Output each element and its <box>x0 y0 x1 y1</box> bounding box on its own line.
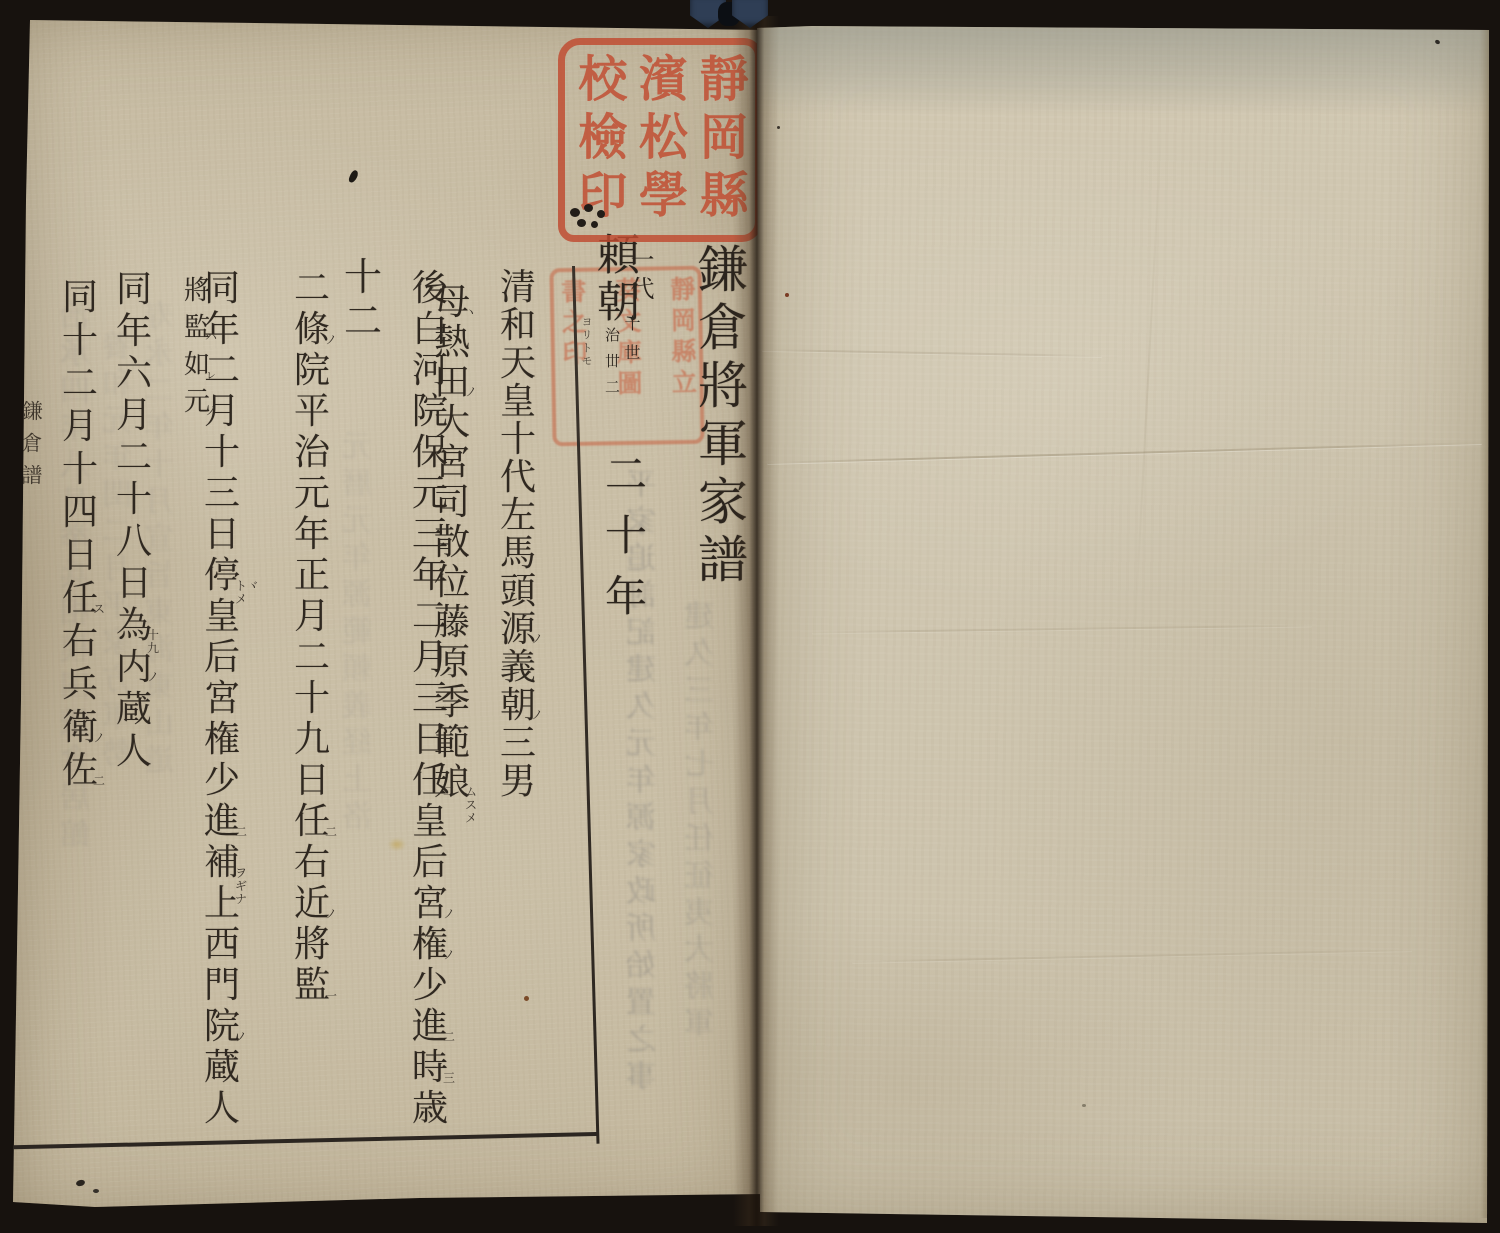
ink-dot <box>584 204 593 212</box>
text-column: 將監如元ハㇾノ <box>184 272 210 420</box>
paper-crease <box>812 625 1312 634</box>
text-column: 同十二月十四日任右兵衛佐スノ二 <box>62 276 98 792</box>
kunten-mark: ノ <box>235 1031 249 1044</box>
kunten-mark: 十九 <box>147 629 161 655</box>
ink-dot <box>570 208 580 217</box>
kunten-mark: ス <box>93 603 107 616</box>
yellow-stain <box>388 838 406 851</box>
kunten-mark: ノ <box>147 671 161 684</box>
kunten-mark: ノ <box>443 949 457 962</box>
kunten-mark: ヽ <box>465 306 479 319</box>
kunten-mark: ノ <box>325 334 339 347</box>
kunten-mark: トヾメ <box>235 580 249 606</box>
kunten-mark: 二 <box>235 826 249 839</box>
ink-speck <box>93 1189 99 1193</box>
paper-crease <box>767 442 1482 464</box>
text-column: 十二 <box>344 256 382 344</box>
bleedthrough-text: 元暦元年源範頼義経上洛 <box>346 430 376 837</box>
paper-crease <box>1133 120 1162 639</box>
reign-duration: 二十年 <box>601 452 643 635</box>
interlinear-note-left: 治丗二 <box>603 327 618 405</box>
book-scan: 平家追討記建久元年源家政所始置之事建久三年七月任征夷大將軍治承四年八月挙兵相模国… <box>0 0 1500 1233</box>
ink-dot <box>591 221 598 228</box>
paper-crease <box>762 349 1102 357</box>
kunten-mark: 三 <box>443 1072 457 1085</box>
page-edge-shading <box>1480 28 1490 1218</box>
ink-dot <box>577 219 586 227</box>
text-column: 後白河院保元三年二月三日任皇后宮権少進時歳二ノノ二三 <box>412 268 448 1129</box>
clamp-tab-icon <box>732 0 768 28</box>
kunten-mark: ノ <box>465 386 479 399</box>
right-page <box>752 0 1500 1233</box>
kunten-mark: ノ <box>443 908 457 921</box>
ink-speck <box>348 169 360 184</box>
binding-clamp <box>690 0 768 32</box>
kunten-mark: ノ <box>531 633 545 646</box>
kunten-mark: ヲギナ <box>235 867 249 906</box>
text-column: 同年六月二十八日為内蔵人十九ノ <box>116 268 152 772</box>
kunten-mark: ハ <box>205 331 219 344</box>
stain-speck <box>524 996 529 1001</box>
left-page: 平家追討記建久元年源家政所始置之事建久三年七月任征夷大將軍治承四年八月挙兵相模国… <box>0 0 766 1233</box>
kunten-mark: 二 <box>443 1031 457 1044</box>
name-reading: ヨリトモ <box>580 316 591 368</box>
stain-speck <box>1082 1104 1086 1107</box>
paper-discoloration-band <box>752 26 1500 114</box>
ink-speck <box>75 1179 85 1187</box>
paper-crease <box>852 949 1412 963</box>
kunten-mark: 一 <box>325 990 339 1003</box>
ink-dot <box>597 210 605 218</box>
kunten-mark: 二 <box>443 785 457 798</box>
kunten-mark: ノ <box>325 908 339 921</box>
kunten-mark: ノ <box>531 709 545 722</box>
kunten-mark: ノ <box>93 732 107 745</box>
text-column: 清和天皇十代左馬頭源義朝三男ノノ <box>500 268 536 800</box>
kunten-mark: ムスメ <box>465 786 479 825</box>
bleedthrough-text: 建久三年七月任征夷大將軍 <box>688 600 718 1044</box>
seal-text-column: 濱松學 <box>635 53 684 227</box>
seal-text-column: 校檢印 <box>575 53 624 227</box>
book-gutter-shadow <box>733 16 779 1226</box>
bottom-frame-rule <box>8 1132 598 1149</box>
kunten-mark: 二 <box>325 826 339 839</box>
kunten-mark: ノ <box>205 405 219 418</box>
text-column: 二條院平治元年正月二十九日任右近將監ノ二ノ一 <box>294 268 330 1006</box>
stain-speck <box>785 293 789 297</box>
kunten-mark: ㇾ <box>205 368 219 381</box>
interlinear-note-right: 十世 <box>622 315 638 373</box>
spine-label: 鎌倉譜 <box>20 400 42 496</box>
bleedthrough-text: 寿永二年十月宣旨東海東山道 <box>148 300 178 781</box>
kunten-mark: 二 <box>93 775 107 788</box>
shogun-name: 頼朝 <box>593 232 636 326</box>
